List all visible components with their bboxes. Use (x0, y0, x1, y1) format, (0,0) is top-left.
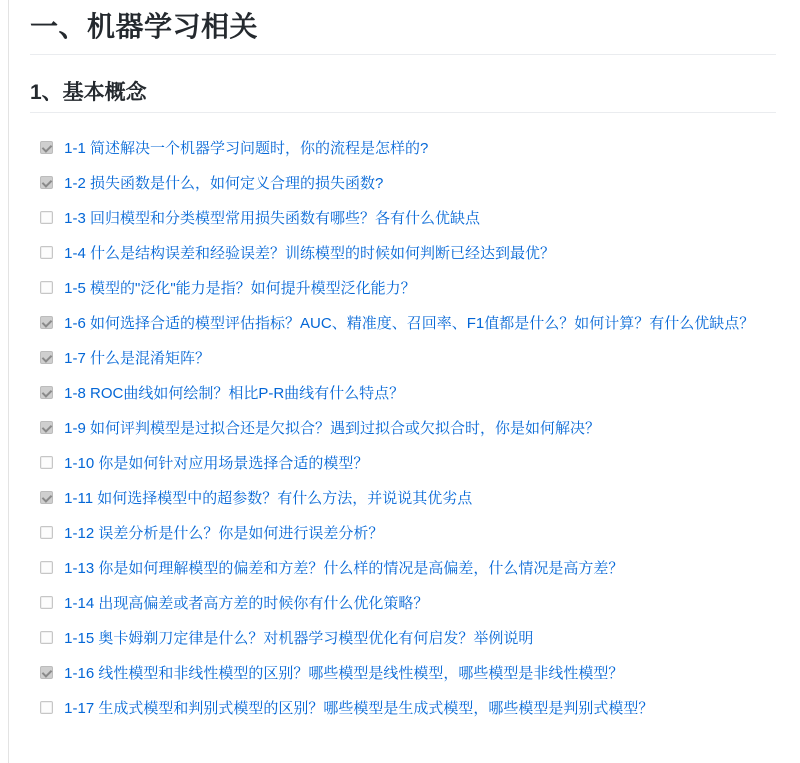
task-checkbox-icon (40, 421, 53, 434)
list-item: 1-12 误差分析是什么？你是如何进行误差分析？ (40, 523, 776, 545)
question-link[interactable]: 1-1 简述解决一个机器学习问题时，你的流程是怎样的? (64, 140, 428, 157)
task-checkbox-icon (40, 246, 53, 259)
question-link[interactable]: 1-2 损失函数是什么，如何定义合理的损失函数? (64, 175, 383, 192)
task-checkbox-icon (40, 141, 53, 154)
page-title: 一、机器学习相关 (30, 10, 776, 55)
task-checkbox-icon (40, 526, 53, 539)
task-checkbox-icon (40, 211, 53, 224)
question-link[interactable]: 1-5 模型的"泛化"能力是指？如何提升模型泛化能力？ (64, 280, 416, 297)
page-container: 一、机器学习相关 1、基本概念 1-1 简述解决一个机器学习问题时，你的流程是怎… (8, 0, 800, 763)
question-link[interactable]: 1-16 线性模型和非线性模型的区别？哪些模型是线性模型，哪些模型是非线性模型？ (64, 665, 623, 682)
question-link[interactable]: 1-14 出现高偏差或者高方差的时候你有什么优化策略？ (64, 595, 428, 612)
task-checkbox-icon (40, 176, 53, 189)
list-item: 1-7 什么是混淆矩阵？ (40, 348, 776, 370)
list-item: 1-10 你是如何针对应用场景选择合适的模型？ (40, 453, 776, 475)
task-checkbox-icon (40, 456, 53, 469)
question-link[interactable]: 1-11 如何选择模型中的超参数？有什么方法，并说说其优劣点 (64, 490, 472, 507)
list-item: 1-4 什么是结构误差和经验误差？训练模型的时候如何判断已经达到最优？ (40, 243, 776, 265)
list-item: 1-11 如何选择模型中的超参数？有什么方法，并说说其优劣点 (40, 488, 776, 510)
task-checkbox-icon (40, 281, 53, 294)
question-link[interactable]: 1-10 你是如何针对应用场景选择合适的模型？ (64, 455, 368, 472)
list-item: 1-8 ROC曲线如何绘制？相比P-R曲线有什么特点？ (40, 383, 776, 405)
section-title: 1、基本概念 (30, 80, 776, 113)
list-item: 1-2 损失函数是什么，如何定义合理的损失函数? (40, 173, 776, 195)
list-item: 1-9 如何评判模型是过拟合还是欠拟合？遇到过拟合或欠拟合时，你是如何解决？ (40, 418, 776, 440)
list-item: 1-6 如何选择合适的模型评估指标？AUC、精准度、召回率、F1值都是什么？如何… (40, 313, 776, 335)
question-link[interactable]: 1-8 ROC曲线如何绘制？相比P-R曲线有什么特点？ (64, 385, 404, 402)
question-link[interactable]: 1-7 什么是混淆矩阵？ (64, 350, 210, 367)
question-link[interactable]: 1-13 你是如何理解模型的偏差和方差？什么样的情况是高偏差，什么情况是高方差？ (64, 560, 623, 577)
question-link[interactable]: 1-17 生成式模型和判别式模型的区别？哪些模型是生成式模型，哪些模型是判别式模… (64, 700, 653, 717)
list-item: 1-17 生成式模型和判别式模型的区别？哪些模型是生成式模型，哪些模型是判别式模… (40, 698, 776, 720)
task-checkbox-icon (40, 701, 53, 714)
question-link[interactable]: 1-3 回归模型和分类模型常用损失函数有哪些？各有什么优缺点 (64, 210, 480, 227)
task-checkbox-icon (40, 561, 53, 574)
task-checkbox-icon (40, 491, 53, 504)
question-link[interactable]: 1-6 如何选择合适的模型评估指标？AUC、精准度、召回率、F1值都是什么？如何… (64, 315, 754, 332)
list-item: 1-14 出现高偏差或者高方差的时候你有什么优化策略？ (40, 593, 776, 615)
question-link[interactable]: 1-12 误差分析是什么？你是如何进行误差分析？ (64, 525, 383, 542)
question-list: 1-1 简述解决一个机器学习问题时，你的流程是怎样的? 1-2 损失函数是什么，… (30, 138, 776, 720)
question-link[interactable]: 1-9 如何评判模型是过拟合还是欠拟合？遇到过拟合或欠拟合时，你是如何解决？ (64, 420, 600, 437)
task-checkbox-icon (40, 596, 53, 609)
task-checkbox-icon (40, 666, 53, 679)
task-checkbox-icon (40, 316, 53, 329)
list-item: 1-5 模型的"泛化"能力是指？如何提升模型泛化能力？ (40, 278, 776, 300)
task-checkbox-icon (40, 351, 53, 364)
list-item: 1-13 你是如何理解模型的偏差和方差？什么样的情况是高偏差，什么情况是高方差？ (40, 558, 776, 580)
question-link[interactable]: 1-15 奥卡姆剃刀定律是什么？对机器学习模型优化有何启发？举例说明 (64, 630, 533, 647)
list-item: 1-3 回归模型和分类模型常用损失函数有哪些？各有什么优缺点 (40, 208, 776, 230)
list-item: 1-16 线性模型和非线性模型的区别？哪些模型是线性模型，哪些模型是非线性模型？ (40, 663, 776, 685)
list-item: 1-1 简述解决一个机器学习问题时，你的流程是怎样的? (40, 138, 776, 160)
task-checkbox-icon (40, 386, 53, 399)
question-link[interactable]: 1-4 什么是结构误差和经验误差？训练模型的时候如何判断已经达到最优？ (64, 245, 555, 262)
list-item: 1-15 奥卡姆剃刀定律是什么？对机器学习模型优化有何启发？举例说明 (40, 628, 776, 650)
task-checkbox-icon (40, 631, 53, 644)
